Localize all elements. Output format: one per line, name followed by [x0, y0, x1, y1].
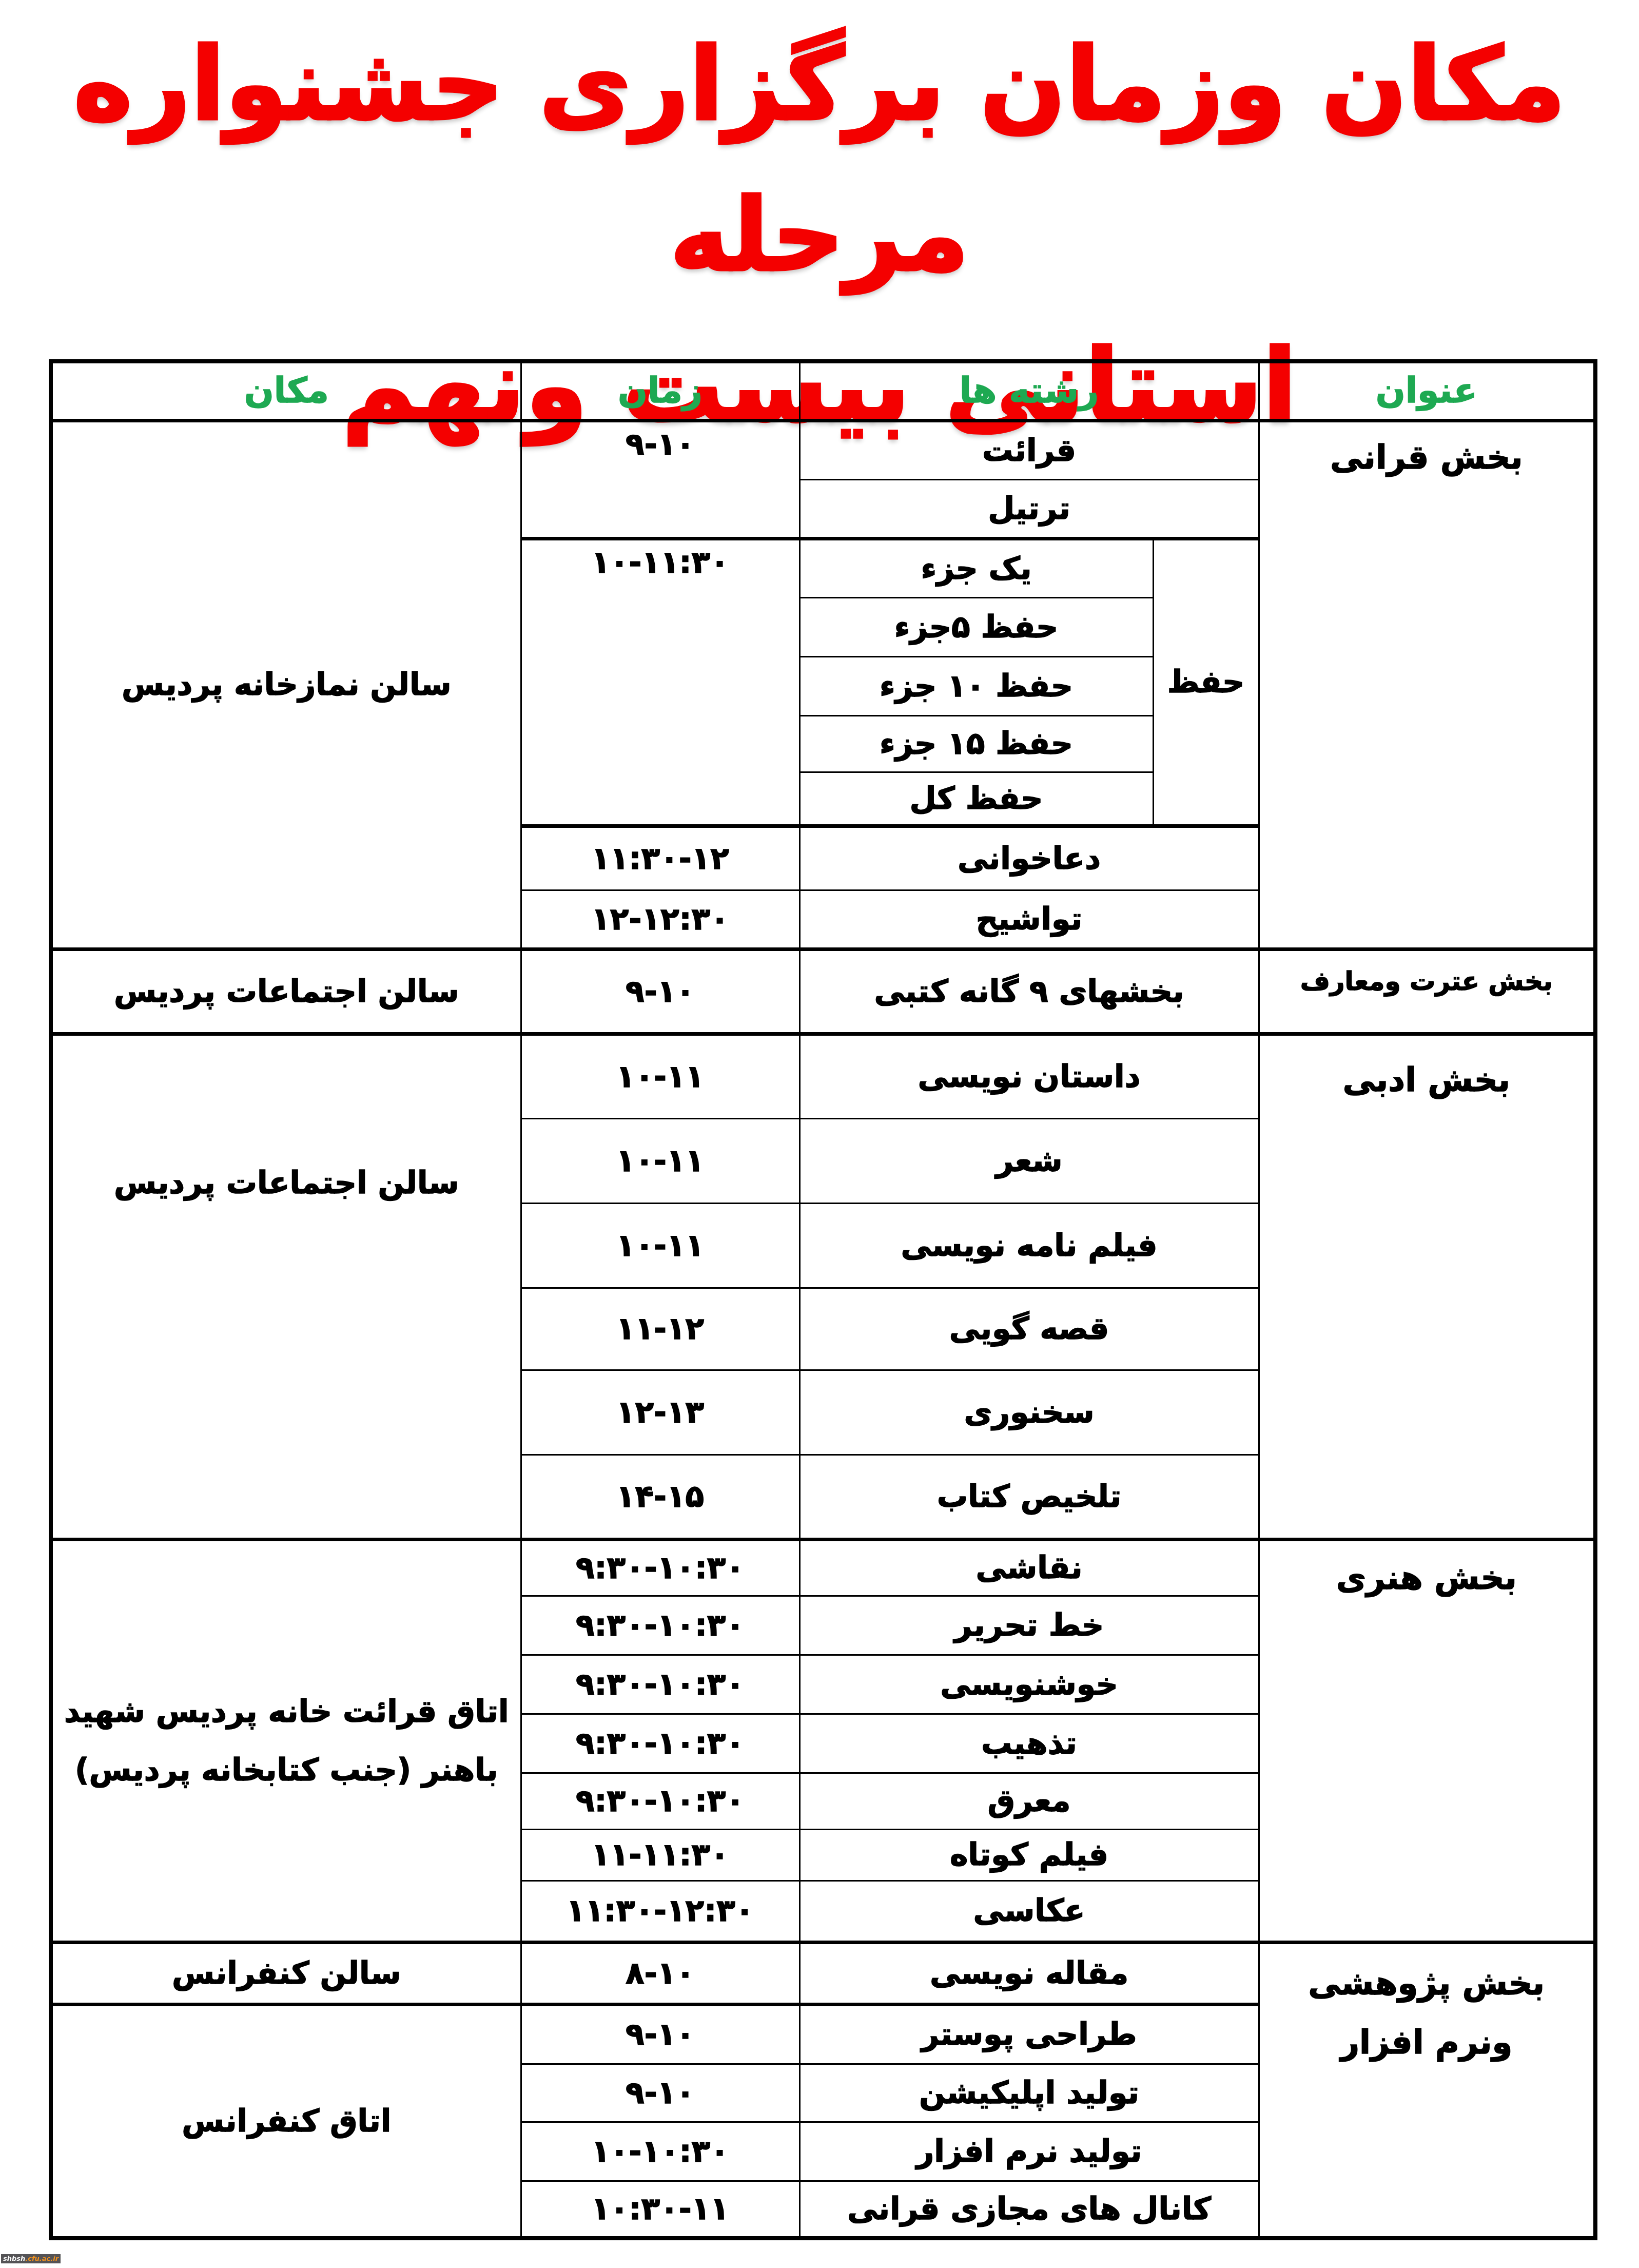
time-maghale-nevisi: ۸-۱۰ — [521, 1942, 799, 2004]
section-honari: بخش هنری — [1259, 1539, 1595, 1942]
discipline-tolid-narmafzar: تولید نرم افزار — [799, 2122, 1259, 2181]
time-qeraat-tartil: ۹-۱۰ — [521, 420, 799, 538]
discipline-hefz-5-joz: حفظ ۵جزء — [799, 597, 1153, 656]
discipline-ghesse-gooyi: قصه گویی — [799, 1288, 1259, 1370]
col-header-makan: مکان — [51, 361, 521, 420]
time-filmname-nevisi: ۱۰-۱۱ — [521, 1203, 799, 1288]
discipline-tavashih: تواشیح — [799, 890, 1259, 949]
time-tavashih: ۱۲-۱۲:۳۰ — [521, 890, 799, 949]
discipline-tarrahi-poster: طراحی پوستر — [799, 2004, 1259, 2064]
time-dastan-nevisi: ۱۰-۱۱ — [521, 1034, 799, 1118]
location-ejtemaat-adabi: سالن اجتماعات پردیس — [51, 1034, 521, 1539]
discipline-kanal-majazi: کانال های مجازی قرانی — [799, 2181, 1259, 2238]
discipline-yek-joz: یک جزء — [799, 538, 1153, 597]
hefz-group-label: حفظ — [1153, 538, 1259, 826]
section-etrat: بخش عترت ومعارف — [1259, 949, 1595, 1034]
time-kanal-majazi: ۱۰:۳۰-۱۱ — [521, 2181, 799, 2238]
discipline-tazhib: تذهیب — [799, 1714, 1259, 1773]
page-title-line1: مکان وزمان برگزاری جشنواره مرحله — [0, 9, 1639, 311]
table-row: بخش قرانیقرائت۹-۱۰سالن نمازخانه پردیس — [51, 420, 1595, 479]
discipline-moaragh: معرق — [799, 1773, 1259, 1829]
section-adabi: بخش ادبی — [1259, 1034, 1595, 1539]
discipline-doakhani: دعاخوانی — [799, 826, 1259, 890]
time-sokhanvari: ۱۲-۱۳ — [521, 1370, 799, 1455]
section-pajooheshi: بخش پژوهشی ونرم افزار — [1259, 1942, 1595, 2238]
discipline-tartil: ترتیل — [799, 479, 1259, 538]
discipline-khat-tahrir: خط تحریر — [799, 1596, 1259, 1655]
discipline-hefz-15-joz: حفظ ۱۵ جزء — [799, 715, 1153, 772]
discipline-9gane-ketbi: بخشهای ۹ گانه کتبی — [799, 949, 1259, 1034]
table-row: بخش ادبیداستان نویسی۱۰-۱۱سالن اجتماعات پ… — [51, 1034, 1595, 1118]
col-header-reshteha: رشته ها — [799, 361, 1259, 420]
section-quran: بخش قرانی — [1259, 420, 1595, 949]
time-talkhis-ketab: ۱۴-۱۵ — [521, 1455, 799, 1539]
discipline-filmname-nevisi: فیلم نامه نویسی — [799, 1203, 1259, 1288]
location-namazkhaneh: سالن نمازخانه پردیس — [51, 420, 521, 949]
time-sher: ۱۰-۱۱ — [521, 1118, 799, 1203]
discipline-sokhanvari: سخنوری — [799, 1370, 1259, 1455]
time-khat-tahrir: ۹:۳۰-۱۰:۳۰ — [521, 1596, 799, 1655]
time-doakhani: ۱۱:۳۰-۱۲ — [521, 826, 799, 890]
discipline-dastan-nevisi: داستان نویسی — [799, 1034, 1259, 1118]
time-9gane-ketbi: ۹-۱۰ — [521, 949, 799, 1034]
watermark-site-name: shbsh — [3, 2255, 25, 2263]
time-akkasi: ۱۱:۳۰-۱۲:۳۰ — [521, 1881, 799, 1942]
discipline-tolid-application: تولید اپلیکیشن — [799, 2064, 1259, 2122]
watermark: shbsh.cfu.ac.ir — [1, 2254, 61, 2263]
discipline-talkhis-ketab: تلخیص کتاب — [799, 1455, 1259, 1539]
table-row: بخش عترت ومعارفبخشهای ۹ گانه کتبی۹-۱۰سال… — [51, 949, 1595, 1034]
discipline-hefz-kol: حفظ کل — [799, 772, 1153, 826]
discipline-qeraat: قرائت — [799, 420, 1259, 479]
time-khoshnevisi: ۹:۳۰-۱۰:۳۰ — [521, 1655, 799, 1714]
schedule-body: عنوانرشته هازمانمکانبخش قرانیقرائت۹-۱۰سا… — [51, 361, 1595, 2238]
time-tazhib: ۹:۳۰-۱۰:۳۰ — [521, 1714, 799, 1773]
discipline-maghale-nevisi: مقاله نویسی — [799, 1942, 1259, 2004]
time-tolid-application: ۹-۱۰ — [521, 2064, 799, 2122]
table-row: بخش پژوهشی ونرم افزارمقاله نویسی۸-۱۰سالن… — [51, 1942, 1595, 2004]
table-row: بخش هنرینقاشی۹:۳۰-۱۰:۳۰اتاق قرائت خانه پ… — [51, 1539, 1595, 1596]
discipline-sher: شعر — [799, 1118, 1259, 1203]
schedule-table: عنوانرشته هازمانمکانبخش قرانیقرائت۹-۱۰سا… — [49, 359, 1597, 2240]
discipline-film-kootah: فیلم کوتاه — [799, 1829, 1259, 1881]
time-tolid-narmafzar: ۱۰-۱۰:۳۰ — [521, 2122, 799, 2181]
location-otagh-gheraat: اتاق قرائت خانه پردیس شهید باهنر (جنب کت… — [51, 1539, 521, 1942]
col-header-onvan: عنوان — [1259, 361, 1595, 420]
col-header-zaman: زمان — [521, 361, 799, 420]
location-otagh-conference: اتاق کنفرانس — [51, 2004, 521, 2238]
discipline-hefz-10-joz: حفظ ۱۰ جزء — [799, 656, 1153, 715]
time-hefz-group: ۱۰-۱۱:۳۰ — [521, 538, 799, 826]
time-film-kootah: ۱۱-۱۱:۳۰ — [521, 1829, 799, 1881]
time-naghashi: ۹:۳۰-۱۰:۳۰ — [521, 1539, 799, 1596]
page: { "title": { "line1": "مکان وزمان برگزار… — [0, 0, 1639, 2268]
location-salon-conference: سالن کنفرانس — [51, 1942, 521, 2004]
discipline-naghashi: نقاشی — [799, 1539, 1259, 1596]
time-tarrahi-poster: ۹-۱۰ — [521, 2004, 799, 2064]
watermark-site-domain: .cfu.ac.ir — [25, 2255, 58, 2263]
discipline-akkasi: عکاسی — [799, 1881, 1259, 1942]
location-ejtemaat-etrat: سالن اجتماعات پردیس — [51, 949, 521, 1034]
table-row: عنوانرشته هازمانمکان — [51, 361, 1595, 420]
time-moaragh: ۹:۳۰-۱۰:۳۰ — [521, 1773, 799, 1829]
discipline-khoshnevisi: خوشنویسی — [799, 1655, 1259, 1714]
time-ghesse-gooyi: ۱۱-۱۲ — [521, 1288, 799, 1370]
